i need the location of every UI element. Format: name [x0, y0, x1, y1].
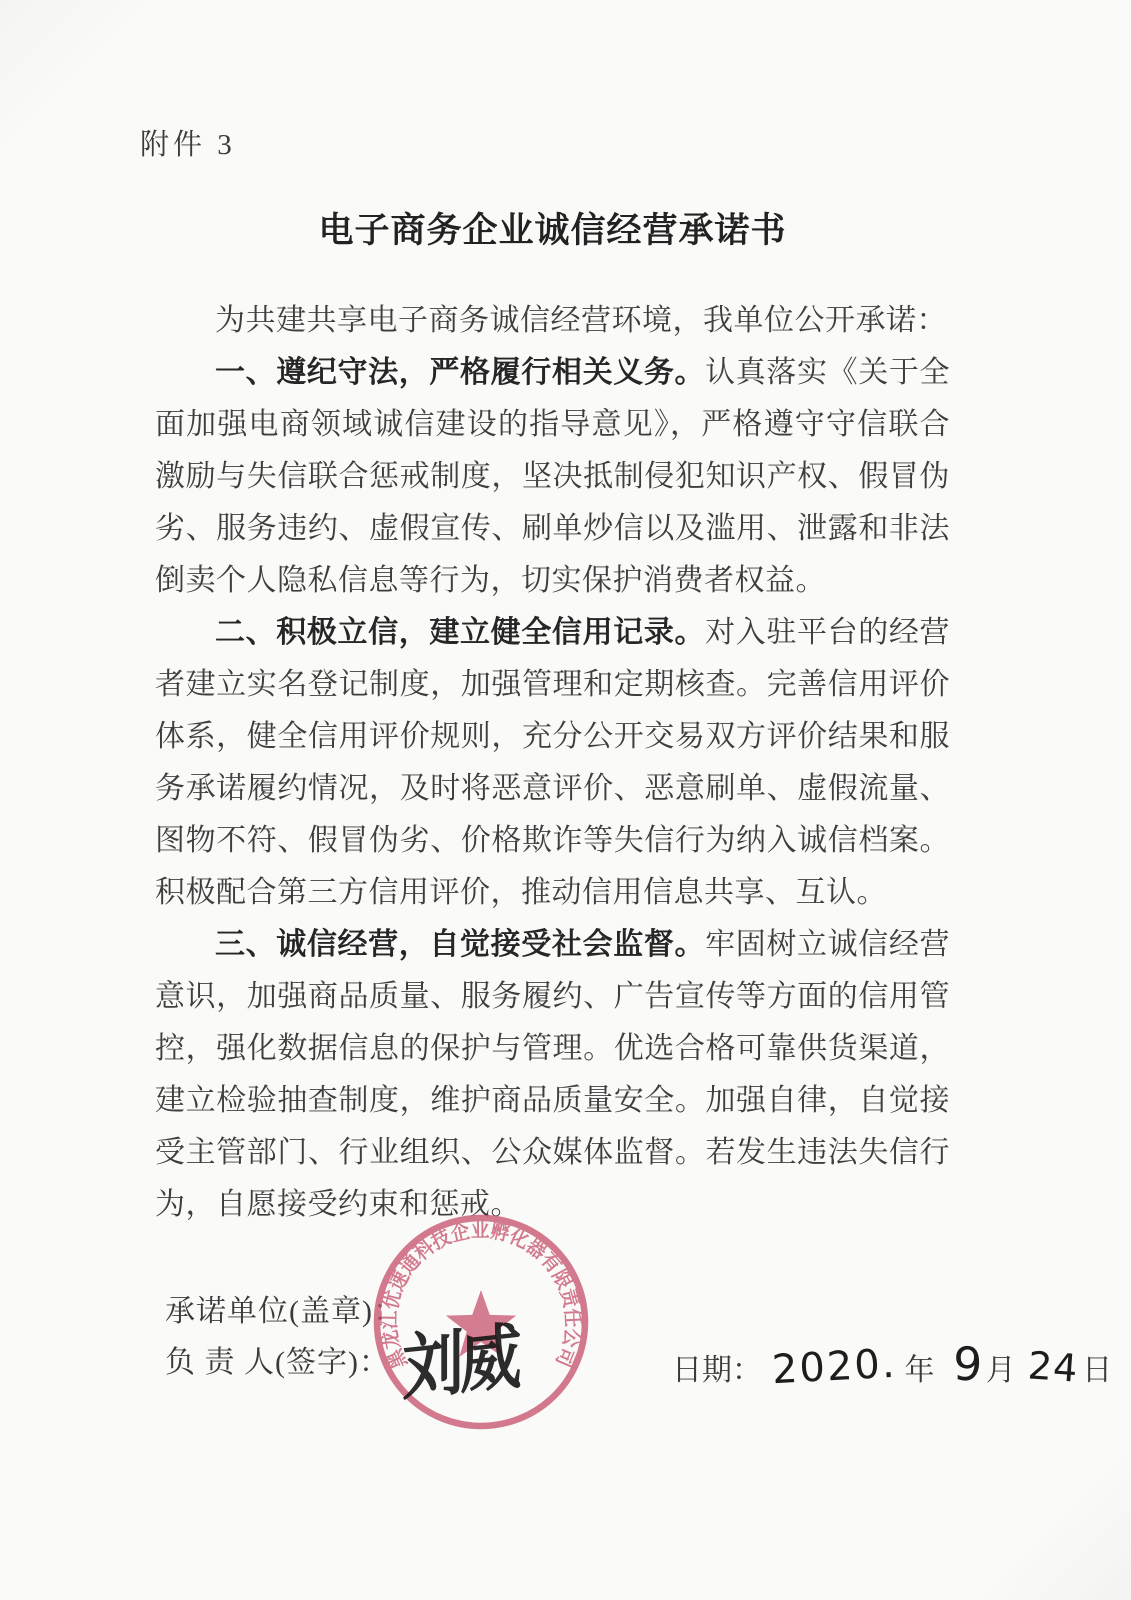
section-3-body: 牢固树立诚信经营意识，加强商品质量、服务履约、广告宣传等方面的信用管控，强化数据…: [155, 928, 950, 1221]
signature-handwriting: 刘威: [402, 1299, 517, 1414]
attachment-label: 附件 3: [140, 122, 236, 163]
intro-paragraph: 为共建共享电子商务诚信经营环境，我单位公开承诺：: [155, 295, 950, 347]
section-2-heading: 二、积极立信，建立健全信用记录。: [215, 616, 705, 649]
section-3-paragraph: 三、诚信经营，自觉接受社会监督。牢固树立诚信经营意识，加强商品质量、服务履约、广…: [155, 919, 950, 1231]
date-label: 日期：: [672, 1345, 762, 1389]
document-title: 电子商务企业诚信经营承诺书: [155, 203, 950, 253]
section-3-heading: 三、诚信经营，自觉接受社会监督。: [215, 928, 705, 961]
date-month-unit: 月: [986, 1345, 1016, 1389]
date-day-handwriting: 24: [1026, 1343, 1079, 1390]
section-1-paragraph: 一、遵纪守法，严格履行相关义务。认真落实《关于全面加强电商领域诚信建设的指导意见…: [155, 347, 950, 607]
date-year-handwriting: 2020.: [771, 1341, 898, 1393]
section-1-heading: 一、遵纪守法，严格履行相关义务。: [215, 356, 705, 389]
section-2-paragraph: 二、积极立信，建立健全信用记录。对入驻平台的经营者建立实名登记制度，加强管理和定…: [155, 607, 950, 919]
date-year-unit: 年: [905, 1345, 935, 1389]
section-1-body: 认真落实《关于全面加强电商领域诚信建设的指导意见》，严格遵守守信联合激励与失信联…: [155, 356, 950, 597]
scanned-document-page: 附件 3 电子商务企业诚信经营承诺书 为共建共享电子商务诚信经营环境，我单位公开…: [0, 0, 1131, 1600]
intro-text: 为共建共享电子商务诚信经营环境，我单位公开承诺：: [215, 304, 947, 337]
date-month-handwriting: 9: [952, 1337, 983, 1392]
person-signature-label: 负 责 人(签字)：: [165, 1337, 390, 1381]
document-body: 为共建共享电子商务诚信经营环境，我单位公开承诺： 一、遵纪守法，严格履行相关义务…: [155, 295, 950, 1231]
date-day-unit: 日: [1082, 1345, 1112, 1389]
date-row: 日期： 2020. 年 9 月 24 日: [672, 1337, 1112, 1391]
section-2-body: 对入驻平台的经营者建立实名登记制度，加强管理和定期核查。完善信用评价体系，健全信…: [155, 616, 950, 909]
